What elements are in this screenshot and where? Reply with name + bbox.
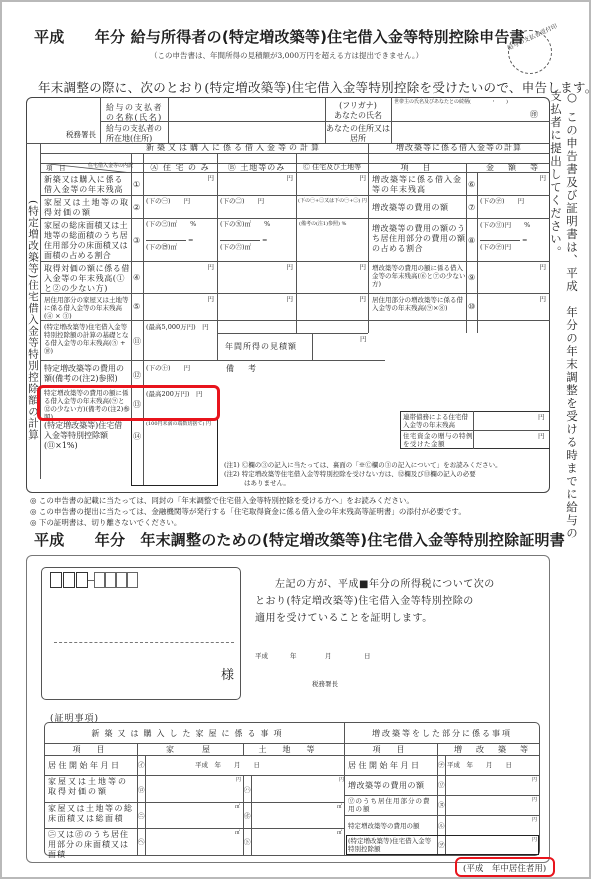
row-12-label: 特定増改築等の費用の額(備考の(注2)参照) <box>44 364 130 384</box>
date-day: 日 <box>364 651 371 660</box>
cert-row-ni-label: 家屋又は土地等の総床面積又は総面積 <box>48 804 136 824</box>
joint-debt-field[interactable] <box>475 412 535 429</box>
note-2: (注2) 特定増改築等住宅借入金等特別控除を受けない方は、⑫欄及び⑬欄の記入の必… <box>224 470 476 478</box>
cell-4C[interactable]: 円 <box>299 263 366 271</box>
seal-mark: ㊞ <box>530 110 538 120</box>
cert-row-he-house-unit[interactable]: ㎡ <box>235 830 240 836</box>
ren-cell-7[interactable]: (下の㋠) 円 <box>480 197 546 205</box>
postal-box <box>127 572 138 588</box>
postal-box <box>63 572 75 588</box>
cell-2B[interactable]: (下の㊁) 円 <box>220 197 295 205</box>
diag-top-label: 住宅借入金等の内訳 <box>88 163 133 169</box>
cert-row-he-label: ㋥又は㋭のうち居住用部分の床面積又は面積 <box>48 830 136 860</box>
diag-bottom-label: 項 目 <box>46 164 66 172</box>
postal-box <box>105 572 116 588</box>
row-2-label: 家屋又は土地等の取得対価の額 <box>44 198 130 218</box>
cert-ren-col-item: 項 目 <box>344 745 437 755</box>
postal-box <box>50 572 62 588</box>
cell-3B-num[interactable]: (下の㊄)㎡ % <box>220 220 295 228</box>
postal-box <box>76 572 88 588</box>
cell-3C[interactable]: (備考の(注1)参照) % <box>299 221 367 227</box>
cert-row-i-num: ㋑ <box>138 761 145 769</box>
cell-3A-num[interactable]: (下の㊂)㎡ % <box>146 220 216 228</box>
side-label: (特定増改築等)住宅借入金等特別控除額の計算 <box>27 200 41 470</box>
row-5-label: 居住用部分の家屋又は土地等に係る借入金等の年末残高(④ × ③) <box>44 296 130 320</box>
cert-ren-col-amount: 増 改 築 等 <box>445 745 540 755</box>
bullet-1: ◎ この申告書の記載に当たっては、同封の「年末調整で住宅借入金等特別控除を受ける… <box>30 495 414 506</box>
your-address-field[interactable] <box>393 123 548 142</box>
row-2-num: ② <box>133 203 140 212</box>
postal-box <box>116 572 127 588</box>
row-1-label: 新築又は購入に係る借入金等の年末残高 <box>44 175 130 195</box>
cert-ren-row-ru-label: 特定増改築等の費用の額 <box>348 822 436 830</box>
note-2b: はありません。 <box>244 479 290 487</box>
gift-field[interactable] <box>475 431 535 448</box>
highlight-row-13 <box>37 385 220 421</box>
ren-cell-8-denom: (下の㋠)円 <box>480 243 511 251</box>
cert-row-i-value[interactable]: 平成 年 月 日 <box>195 761 260 769</box>
ren-row-6-num: ⑥ <box>468 180 475 189</box>
row-1-num: ① <box>133 180 140 189</box>
certificate-title: 平成 年分 年末調整のための(特定増改築等)住宅借入金等特別控除証明書 <box>34 529 565 550</box>
payer-name-label: 給与の支払者の名称(氏名) <box>106 103 168 123</box>
cert-row-ro-num: ㋺ <box>138 786 145 794</box>
declaration-subnote: （この申告書は、年間所得の見積額が3,000万円を超える方は提出できません。） <box>150 50 423 61</box>
cert-ren-row-ri-label: 増改築等の費用の額 <box>348 781 436 791</box>
cert-col-house: 家 屋 <box>137 745 243 755</box>
cert-ren-row-ri-num: ㋷ <box>438 781 445 789</box>
cell-1A[interactable]: 円 <box>146 174 214 182</box>
address-dashed-line <box>54 642 234 643</box>
renovation-col-amount: 金 額 等 <box>477 163 550 173</box>
row-3-label: 家屋の総床面積又は土地等の総面積のうち居住用部分の床面積又は面積の占める割合 <box>44 221 130 261</box>
ren-row-7-num: ⑦ <box>468 203 475 212</box>
equals-sign: = <box>262 236 267 244</box>
statement-line-3: 適用を受けていることを証明します。 <box>255 609 433 624</box>
row-5-num: ⑤ <box>133 302 140 311</box>
honorific-sama: 様 <box>221 664 234 683</box>
cell-2A[interactable]: (下の㊀) 円 <box>146 197 216 205</box>
cert-ren-row-ru-value[interactable]: 円 <box>532 817 537 823</box>
payer-address-label: 給与の支払者の所在地(住所) <box>106 124 168 144</box>
cert-ren-row-ri-value[interactable]: 円 <box>532 777 537 783</box>
date-month: 月 <box>325 651 332 660</box>
cert-row-ni-num: ㋥ <box>138 812 145 820</box>
cert-row-to-unit[interactable]: ㎡ <box>337 830 342 836</box>
cert-tax-office: 税務署長 <box>312 679 338 688</box>
row-11-num: ⑪ <box>133 336 141 347</box>
gift-yen: 円 <box>538 432 545 440</box>
cert-ren-row-wo-label: (特定増改築等)住宅借入金等特別控除額 <box>348 837 436 853</box>
cert-row-he-num: ㋬ <box>138 838 145 846</box>
renovation-section-title: 増改築等に係る借入金等の計算 <box>368 143 550 153</box>
tax-office-label: 税務署長 <box>66 130 96 139</box>
cert-ren-row-nu-label: ㋷のうち居住用部分の費用の額 <box>348 797 436 813</box>
column-land-only: Ⓑ 土地等のみ <box>217 163 296 173</box>
cell-5C[interactable]: 円 <box>299 295 366 303</box>
date-year: 年 <box>290 651 297 660</box>
cert-row-ni-house-unit[interactable]: ㎡ <box>235 804 240 810</box>
cell-12[interactable]: (下の㊉) 円 <box>146 364 216 372</box>
bullet-3: ◎ 下の証明書は、切り離さないでください。 <box>30 517 181 528</box>
cell-4B[interactable]: 円 <box>220 263 293 271</box>
date-era: 平成 <box>255 651 268 660</box>
highlight-footer-tag <box>455 857 555 877</box>
row-4-num: ④ <box>133 273 140 282</box>
cert-ren-row-wo-num: ㋾ <box>438 841 445 849</box>
cert-col-item: 項 目 <box>44 745 137 755</box>
cert-row-ho-unit[interactable]: ㎡ <box>337 804 342 810</box>
row-3-num: ③ <box>133 236 140 245</box>
postal-box <box>94 572 105 588</box>
side-submission-note: ○ この申告書及び証明書は、平成 年分の年末調整を受ける時までに給与の支払者に提… <box>560 90 580 545</box>
equals-sign: = <box>522 236 527 244</box>
furigana-label: (フリガナ) <box>326 101 390 111</box>
statement-line-1: 左記の方が、平成■年分の所得税について次の <box>265 575 495 590</box>
statement-line-2: とおり(特定増改築等)住宅借入金等特別控除の <box>255 592 474 607</box>
payer-address-field[interactable] <box>170 123 323 142</box>
your-name-field[interactable] <box>393 106 533 120</box>
cert-row-to-num: ㋣ <box>244 838 251 846</box>
annual-income-label: 年間所得の見積額 <box>225 342 297 352</box>
remarks-label: 備 考 <box>226 364 259 374</box>
cert-ren-row-nu-num: ㋦ <box>438 801 445 809</box>
ren-row-6-label: 増改築等に係る借入金等の年末残高 <box>372 175 466 195</box>
cert-ren-row-chi-num: ㋠ <box>438 761 445 769</box>
your-name-label: あなたの氏名 <box>326 111 390 121</box>
ren-row-9-label: 増改築等の費用の額に係る借入金等の年末残高(⑥と⑦の少ない方) <box>372 264 466 288</box>
ren-cell-8-num[interactable]: (下の㋷)円 % <box>480 221 546 229</box>
ren-row-9-num: ⑨ <box>468 273 475 282</box>
cell-2C[interactable]: (下の㊀+㊁又は下の㊀+㊁) 円 <box>298 198 368 204</box>
annual-income-field[interactable] <box>313 334 368 359</box>
ren-cell-9[interactable]: 円 <box>480 263 546 271</box>
cert-row-ho-num: ㋭ <box>244 812 251 820</box>
cert-ren-row-wo-value[interactable]: 円 <box>532 837 537 843</box>
ren-row-8-num: ⑧ <box>468 236 475 245</box>
declaration-title: 平成 年分 給与所得者の(特定増改築等)住宅借入金等特別控除申告書 <box>34 26 525 47</box>
ren-row-10-num: ⑩ <box>468 302 475 311</box>
cell-1B[interactable]: 円 <box>220 174 293 182</box>
cert-row-ha-num: ㋩ <box>244 786 251 794</box>
cell-5A[interactable]: 円 <box>146 295 214 303</box>
deduction-amount-box <box>131 418 218 486</box>
row-14-label: (特定増改築等)住宅借入金等特別控除額(⑪×1%) <box>44 421 130 451</box>
joint-debt-yen: 円 <box>538 413 545 421</box>
cell-3B-denom: (下の㊅)㎡ <box>220 243 251 251</box>
equals-sign: = <box>188 236 193 244</box>
cert-ren-row-nu-value[interactable]: 円 <box>532 797 537 803</box>
ren-row-10-label: 居住用部分の増改築等に係る借入金等の年末残高(⑨×⑧) <box>372 296 466 312</box>
cert-row-i-label: 居住開始年月日 <box>48 761 136 771</box>
household-head-label: 世帯主の氏名及びあなたとの続柄( ・ ) <box>394 99 544 105</box>
cert-row-ro-house-unit[interactable]: 円 <box>236 777 241 783</box>
cert-ren-row-chi-label: 居住開始年月日 <box>348 761 436 771</box>
ren-cell-10[interactable]: 円 <box>480 295 546 303</box>
new-build-section-title: 新築又は購入に係る借入金等の計算 <box>100 143 368 153</box>
cert-ren-row-chi-value[interactable]: 平成 年 月 日 <box>447 761 512 769</box>
ren-row-8-label: 増改築等の費用の額のうち居住用部分の費用の額の占める割合 <box>372 224 466 254</box>
renovation-col-item: 項 目 <box>368 163 466 173</box>
cell-4A[interactable]: 円 <box>146 263 214 271</box>
cert-ren-row-ru-num: ㋸ <box>438 822 445 830</box>
declaration-lead: 年末調整の際に、次のとおり(特定増改築等)住宅借入金等特別控除を受けたいので、申… <box>38 78 591 96</box>
cell-5B[interactable]: 円 <box>220 295 293 303</box>
bullet-2: ◎ この申告書の提出に当たっては、金融機関等が発行する「住宅取得資金に係る借入金… <box>30 506 466 517</box>
cert-row-ro-label: 家屋又は土地等の取得対価の額 <box>48 777 136 797</box>
payer-name-field[interactable] <box>170 99 323 120</box>
row-12-num: ⑫ <box>133 370 141 381</box>
note-1: (注1) Ⓒ欄の③の記入に当たっては、裏面の「※Ⓒ欄の③の記入について」をお読み… <box>224 461 502 469</box>
cell-11[interactable]: (最高5,000万円) 円 <box>146 323 216 331</box>
cell-3A-denom: (下の㊃)㎡ <box>146 243 177 251</box>
column-house-only: Ⓐ 住 宅 の み <box>143 163 217 173</box>
ren-cell-6[interactable]: 円 <box>480 174 546 182</box>
row-4-label: 取得対価の額に係る借入金等の年末残高(①と②の少ない方) <box>44 264 130 294</box>
column-house-and-land: Ⓒ 住宅及び土地等 <box>296 163 368 172</box>
gift-label: 住宅資金の贈与の特例を受けた金額 <box>403 432 473 448</box>
cert-renovation-title: 増改築等をした部分に係る事項 <box>344 729 540 739</box>
your-address-label: あなたの住所又は居所 <box>326 124 390 144</box>
joint-debt-label: 連帯債務による住宅借入金等の年末残高 <box>403 413 473 429</box>
cert-new-build-title: 新築又は購入した家屋に係る事項 <box>44 729 334 739</box>
row-11-label: (特定増改築等)住宅借入金等特別控除額の計算の基礎となる借入金等の年末残高(⑤ … <box>44 323 130 356</box>
ren-row-7-label: 増改築等の費用の額 <box>372 203 466 213</box>
cell-1C[interactable]: 円 <box>299 174 366 182</box>
